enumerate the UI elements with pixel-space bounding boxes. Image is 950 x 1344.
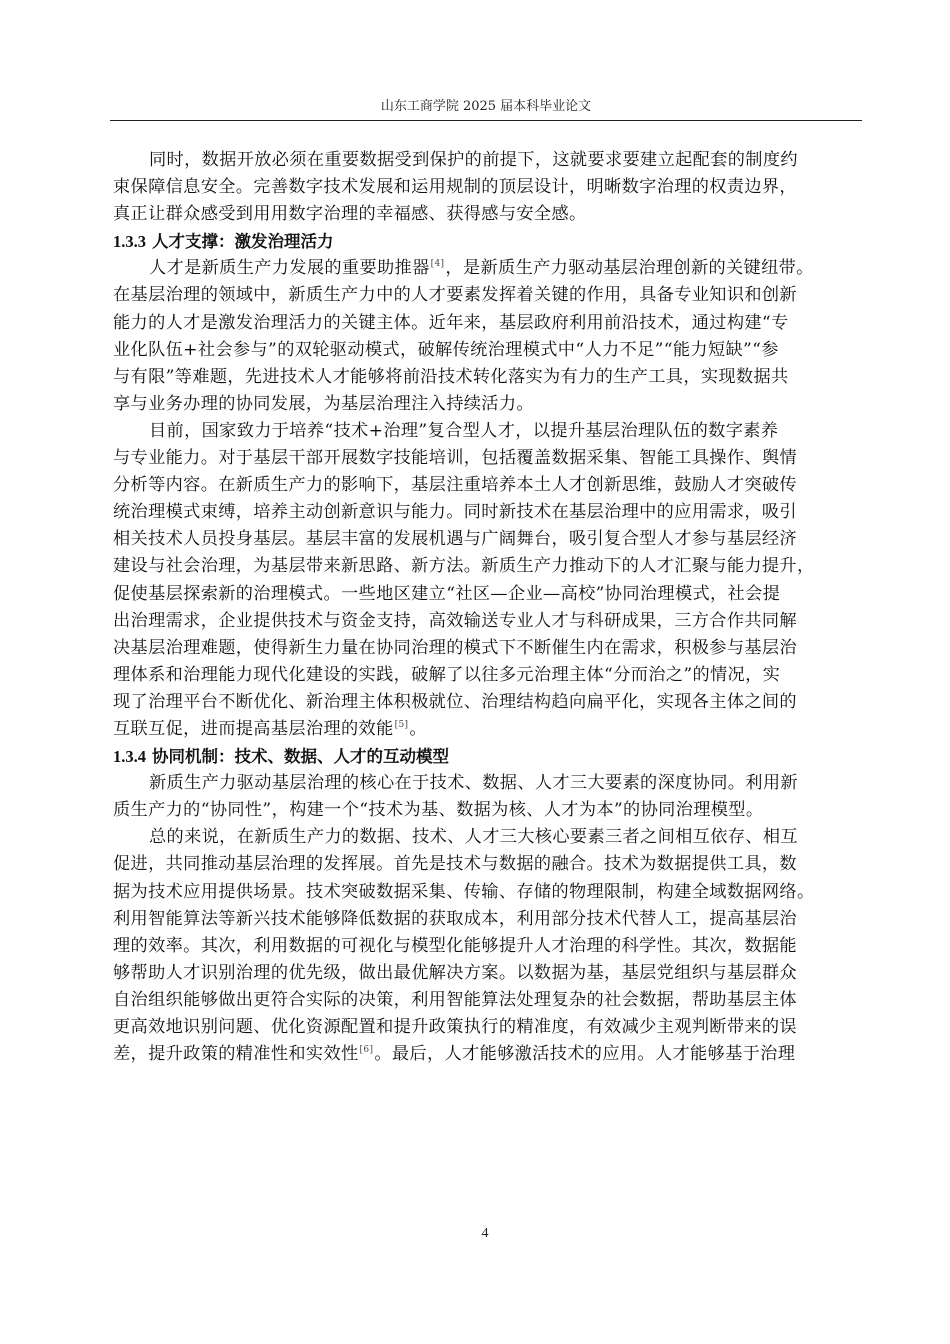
text-line: 目前，国家致力于培养“技术+治理”复合型人才，以提升基层治理队伍的数字素养: [113, 418, 859, 445]
section-title: 人才支撑：激发治理活力: [152, 232, 334, 251]
text-line: 质生产力的“协同性”，构建一个“技术为基、数据为核、人才为本”的协同治理模型。: [113, 797, 859, 824]
text-line: 分析等内容。在新质生产力的影响下，基层注重培养本土人才创新思维，鼓励人才突破传: [113, 472, 859, 499]
text-line: 现了治理平台不断优化、新治理主体积极就位、治理结构趋向扁平化，实现各主体之间的: [113, 689, 859, 716]
text-line: 够帮助人才识别治理的优先级，做出最优解决方案。以数据为基，基层党组织与基层群众: [113, 960, 859, 987]
text-line: 更高效地识别问题、优化资源配置和提升政策执行的精准度，有效减少主观判断带来的误: [113, 1014, 859, 1041]
text-line: 与专业能力。对于基层干部开展数字技能培训，包括覆盖数据采集、智能工具操作、舆情: [113, 445, 859, 472]
text-span: 。最后，人才能够激活技术的应用。人才能够基于治理: [374, 1044, 795, 1064]
text-line: 束保障信息安全。完善数字技术发展和运用规制的顶层设计，明晰数字治理的权责边界，: [113, 174, 859, 201]
text-line: 能力的人才是激发治理活力的关键主体。近年来，基层政府利用前沿技术，通过构建“专: [113, 310, 859, 337]
paragraph-data-security: 同时，数据开放必须在重要数据受到保护的前提下，这就要求要建立起配套的制度约 束保…: [113, 147, 859, 228]
text-line: 真正让群众感受到用用数字治理的幸福感、获得感与安全感。: [113, 201, 859, 228]
text-line: 自治组织能够做出更符合实际的决策，利用智能算法处理复杂的社会数据，帮助基层主体: [113, 987, 859, 1014]
text-line: 在基层治理的领域中，新质生产力中的人才要素发挥着关键的作用，具备专业知识和创新: [113, 282, 859, 309]
section-heading-1-3-3: 1.3.3人才支撑：激发治理活力: [113, 228, 859, 255]
text-line: 享与业务办理的协同发展，为基层治理注入持续活力。: [113, 391, 859, 418]
text-span: 互联互促，进而提高基层治理的效能: [113, 719, 394, 739]
text-line: 决基层治理难题，使得新生力量在协同治理的模式下不断催生内在需求，积极参与基层治: [113, 635, 859, 662]
text-line: 促进，共同推动基层治理的发挥展。首先是技术与数据的融合。技术为数据提供工具，数: [113, 851, 859, 878]
text-line: 促使基层探索新的治理模式。一些地区建立“社区—企业—高校”协同治理模式，社会提: [113, 581, 859, 608]
citation-ref-6[interactable]: [6]: [360, 1045, 374, 1055]
paragraph-talent-training: 目前，国家致力于培养“技术+治理”复合型人才，以提升基层治理队伍的数字素养 与专…: [113, 418, 859, 743]
text-line: 理的效率。其次，利用数据的可视化与模型化能够提升人才治理的科学性。其次，数据能: [113, 933, 859, 960]
text-line: 统治理模式束缚，培养主动创新意识与能力。同时新技术在基层治理中的应用需求，吸引: [113, 499, 859, 526]
text-line: 出治理需求，企业提供技术与资金支持，高效输送专业人才与科研成果，三方合作共同解: [113, 608, 859, 635]
text-line: 总的来说，在新质生产力的数据、技术、人才三大核心要素三者之间相互依存、相互: [113, 824, 859, 851]
section-number: 1.3.3: [113, 232, 146, 251]
running-header: 山东工商学院 2025 届本科毕业论文: [110, 98, 862, 116]
text-span: 人才是新质生产力发展的重要助推器: [149, 258, 430, 278]
text-line: 同时，数据开放必须在重要数据受到保护的前提下，这就要求要建立起配套的制度约: [113, 147, 859, 174]
text-span: 差，提升政策的精准性和实效性: [113, 1044, 359, 1064]
text-line: 差，提升政策的精准性和实效性[6]。最后，人才能够激活技术的应用。人才能够基于治…: [113, 1041, 859, 1068]
paragraph-synergy-detail: 总的来说，在新质生产力的数据、技术、人才三大核心要素三者之间相互依存、相互 促进…: [113, 824, 859, 1068]
page-number: 4: [0, 1226, 950, 1242]
page-body: 同时，数据开放必须在重要数据受到保护的前提下，这就要求要建立起配套的制度约 束保…: [113, 147, 859, 1068]
paragraph-synergy-core: 新质生产力驱动基层治理的核心在于技术、数据、人才三大要素的深度协同。利用新 质生…: [113, 770, 859, 824]
text-line: 与有限”等难题，先进技术人才能够将前沿技术转化落实为有力的生产工具，实现数据共: [113, 364, 859, 391]
text-line: 相关技术人员投身基层。基层丰富的发展机遇与广阔舞台，吸引复合型人才参与基层经济: [113, 526, 859, 553]
text-line: 建设与社会治理，为基层带来新思路、新方法。新质生产力推动下的人才汇聚与能力提升，: [113, 553, 859, 580]
text-line: 人才是新质生产力发展的重要助推器[4]，是新质生产力驱动基层治理创新的关键纽带。: [113, 255, 859, 282]
text-line: 新质生产力驱动基层治理的核心在于技术、数据、人才三大要素的深度协同。利用新: [113, 770, 859, 797]
section-number: 1.3.4: [113, 747, 146, 766]
text-span: 。: [409, 719, 427, 739]
citation-ref-4[interactable]: [4]: [431, 259, 445, 269]
header-divider: [110, 120, 862, 121]
paragraph-talent-support: 人才是新质生产力发展的重要助推器[4]，是新质生产力驱动基层治理创新的关键纽带。…: [113, 255, 859, 418]
text-line: 业化队伍+社会参与”的双轮驱动模式，破解传统治理模式中“人力不足”“能力短缺”“…: [113, 337, 859, 364]
section-heading-1-3-4: 1.3.4协同机制：技术、数据、人才的互动模型: [113, 743, 859, 770]
text-line: 互联互促，进而提高基层治理的效能[5]。: [113, 716, 859, 743]
text-span: ，是新质生产力驱动基层治理创新的关键纽带。: [445, 258, 813, 278]
text-line: 利用智能算法等新兴技术能够降低数据的获取成本，利用部分技术代替人工，提高基层治: [113, 906, 859, 933]
citation-ref-5[interactable]: [5]: [395, 720, 409, 730]
text-line: 据为技术应用提供场景。技术突破数据采集、传输、存储的物理限制，构建全域数据网络。: [113, 879, 859, 906]
text-line: 理体系和治理能力现代化建设的实践，破解了以往多元治理主体“分而治之”的情况，实: [113, 662, 859, 689]
section-title: 协同机制：技术、数据、人才的互动模型: [152, 747, 449, 766]
